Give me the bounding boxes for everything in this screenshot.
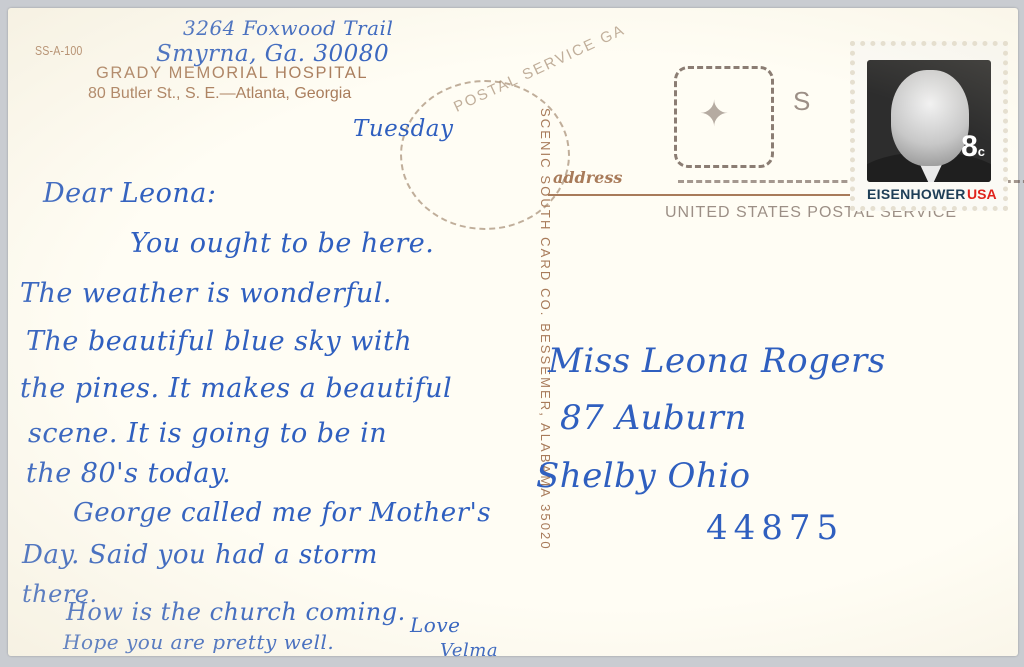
stamp-portrait: 8c	[867, 60, 991, 182]
address-rule	[548, 194, 858, 196]
message-day: Tuesday	[353, 116, 454, 142]
return-address-line2: Smyrna, Ga. 30080	[156, 41, 389, 67]
eagle-icon: ✦	[699, 93, 729, 135]
postage-stamp: 8c EISENHOWER USA	[850, 41, 1008, 211]
portrait-head	[891, 70, 969, 166]
message-line: How is the church coming.	[66, 598, 406, 626]
message-line: scene. It is going to be in	[28, 418, 387, 449]
hospital-address: 80 Butler St., S. E.—Atlanta, Georgia	[88, 85, 351, 103]
address-label: address	[553, 168, 622, 187]
message-line: the 80's today.	[26, 458, 231, 489]
return-address-line1: 3264 Foxwood Trail	[183, 16, 393, 40]
stamp-country: USA	[967, 186, 997, 202]
recipient-name: Miss Leona Rogers	[548, 341, 886, 381]
stamp-denomination: 8c	[961, 130, 985, 164]
message-line: the pines. It makes a beautiful	[20, 373, 452, 404]
stamp-name: EISENHOWER	[867, 186, 966, 202]
postcard-back: SS-A-100 GRADY MEMORIAL HOSPITAL 80 Butl…	[8, 8, 1018, 656]
message-greeting: Dear Leona:	[43, 178, 216, 209]
message-line: You ought to be here.	[130, 228, 434, 259]
message-line: The weather is wonderful.	[20, 278, 392, 309]
recipient-zip: 44875	[706, 508, 844, 548]
message-line: The beautiful blue sky with	[26, 326, 412, 357]
cancellation-partial: S	[793, 86, 813, 117]
series-code: SS-A-100	[35, 43, 83, 58]
message-line: Hope you are pretty well.	[63, 630, 334, 654]
recipient-street: 87 Auburn	[560, 398, 747, 438]
message-line: George called me for Mother's	[73, 498, 491, 528]
message-line: Day. Said you had a storm	[22, 540, 378, 570]
message-closing: Love	[410, 613, 460, 637]
recipient-city-state: Shelby Ohio	[536, 456, 751, 496]
message-signature: Velma	[440, 640, 498, 661]
cancellation-box: ✦	[674, 66, 774, 168]
